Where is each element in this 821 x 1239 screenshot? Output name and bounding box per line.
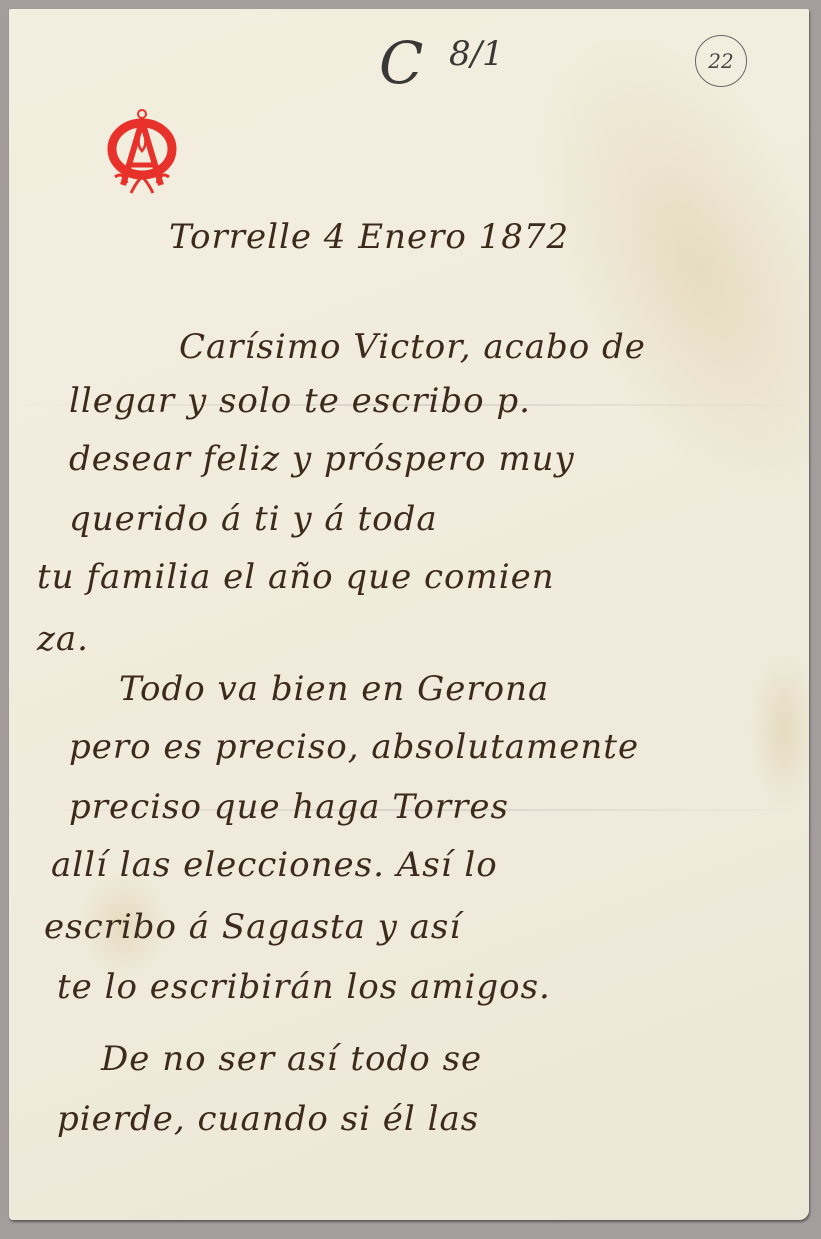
letter-line: querido á ti y á toda <box>69 499 438 539</box>
letter-line: pierde, cuando si él las <box>57 1099 479 1139</box>
letter-line: De no ser así todo se <box>101 1039 482 1079</box>
monogram-icon <box>107 107 177 197</box>
letter-page: C 8/1 22 Torrelle 4 Enero 1872 Carísimo … <box>9 9 809 1220</box>
letter-line: tu familia el año que comien <box>37 557 555 597</box>
page-number: 22 <box>708 49 733 73</box>
letter-line: te lo escribirán los amigos. <box>57 967 551 1007</box>
letter-line: pero es preciso, absolutamente <box>69 727 639 767</box>
letter-line: Todo va bien en Gerona <box>119 669 549 709</box>
letter-line: desear feliz y próspero muy <box>69 439 575 479</box>
page-number-circle: 22 <box>695 35 747 87</box>
letter-line: Carísimo Victor, acabo de <box>179 327 646 367</box>
letter-line: llegar y solo te escribo p. <box>69 381 531 421</box>
letter-line: za. <box>37 619 89 659</box>
archive-mark: C <box>379 34 423 92</box>
water-stain <box>749 649 809 809</box>
place-date: Torrelle 4 Enero 1872 <box>169 217 569 257</box>
letter-line: escribo á Sagasta y así <box>44 907 461 947</box>
letter-line: preciso que haga Torres <box>69 787 509 827</box>
archive-fraction: 8/1 <box>449 34 504 74</box>
letter-line: allí las elecciones. Así lo <box>51 845 498 885</box>
